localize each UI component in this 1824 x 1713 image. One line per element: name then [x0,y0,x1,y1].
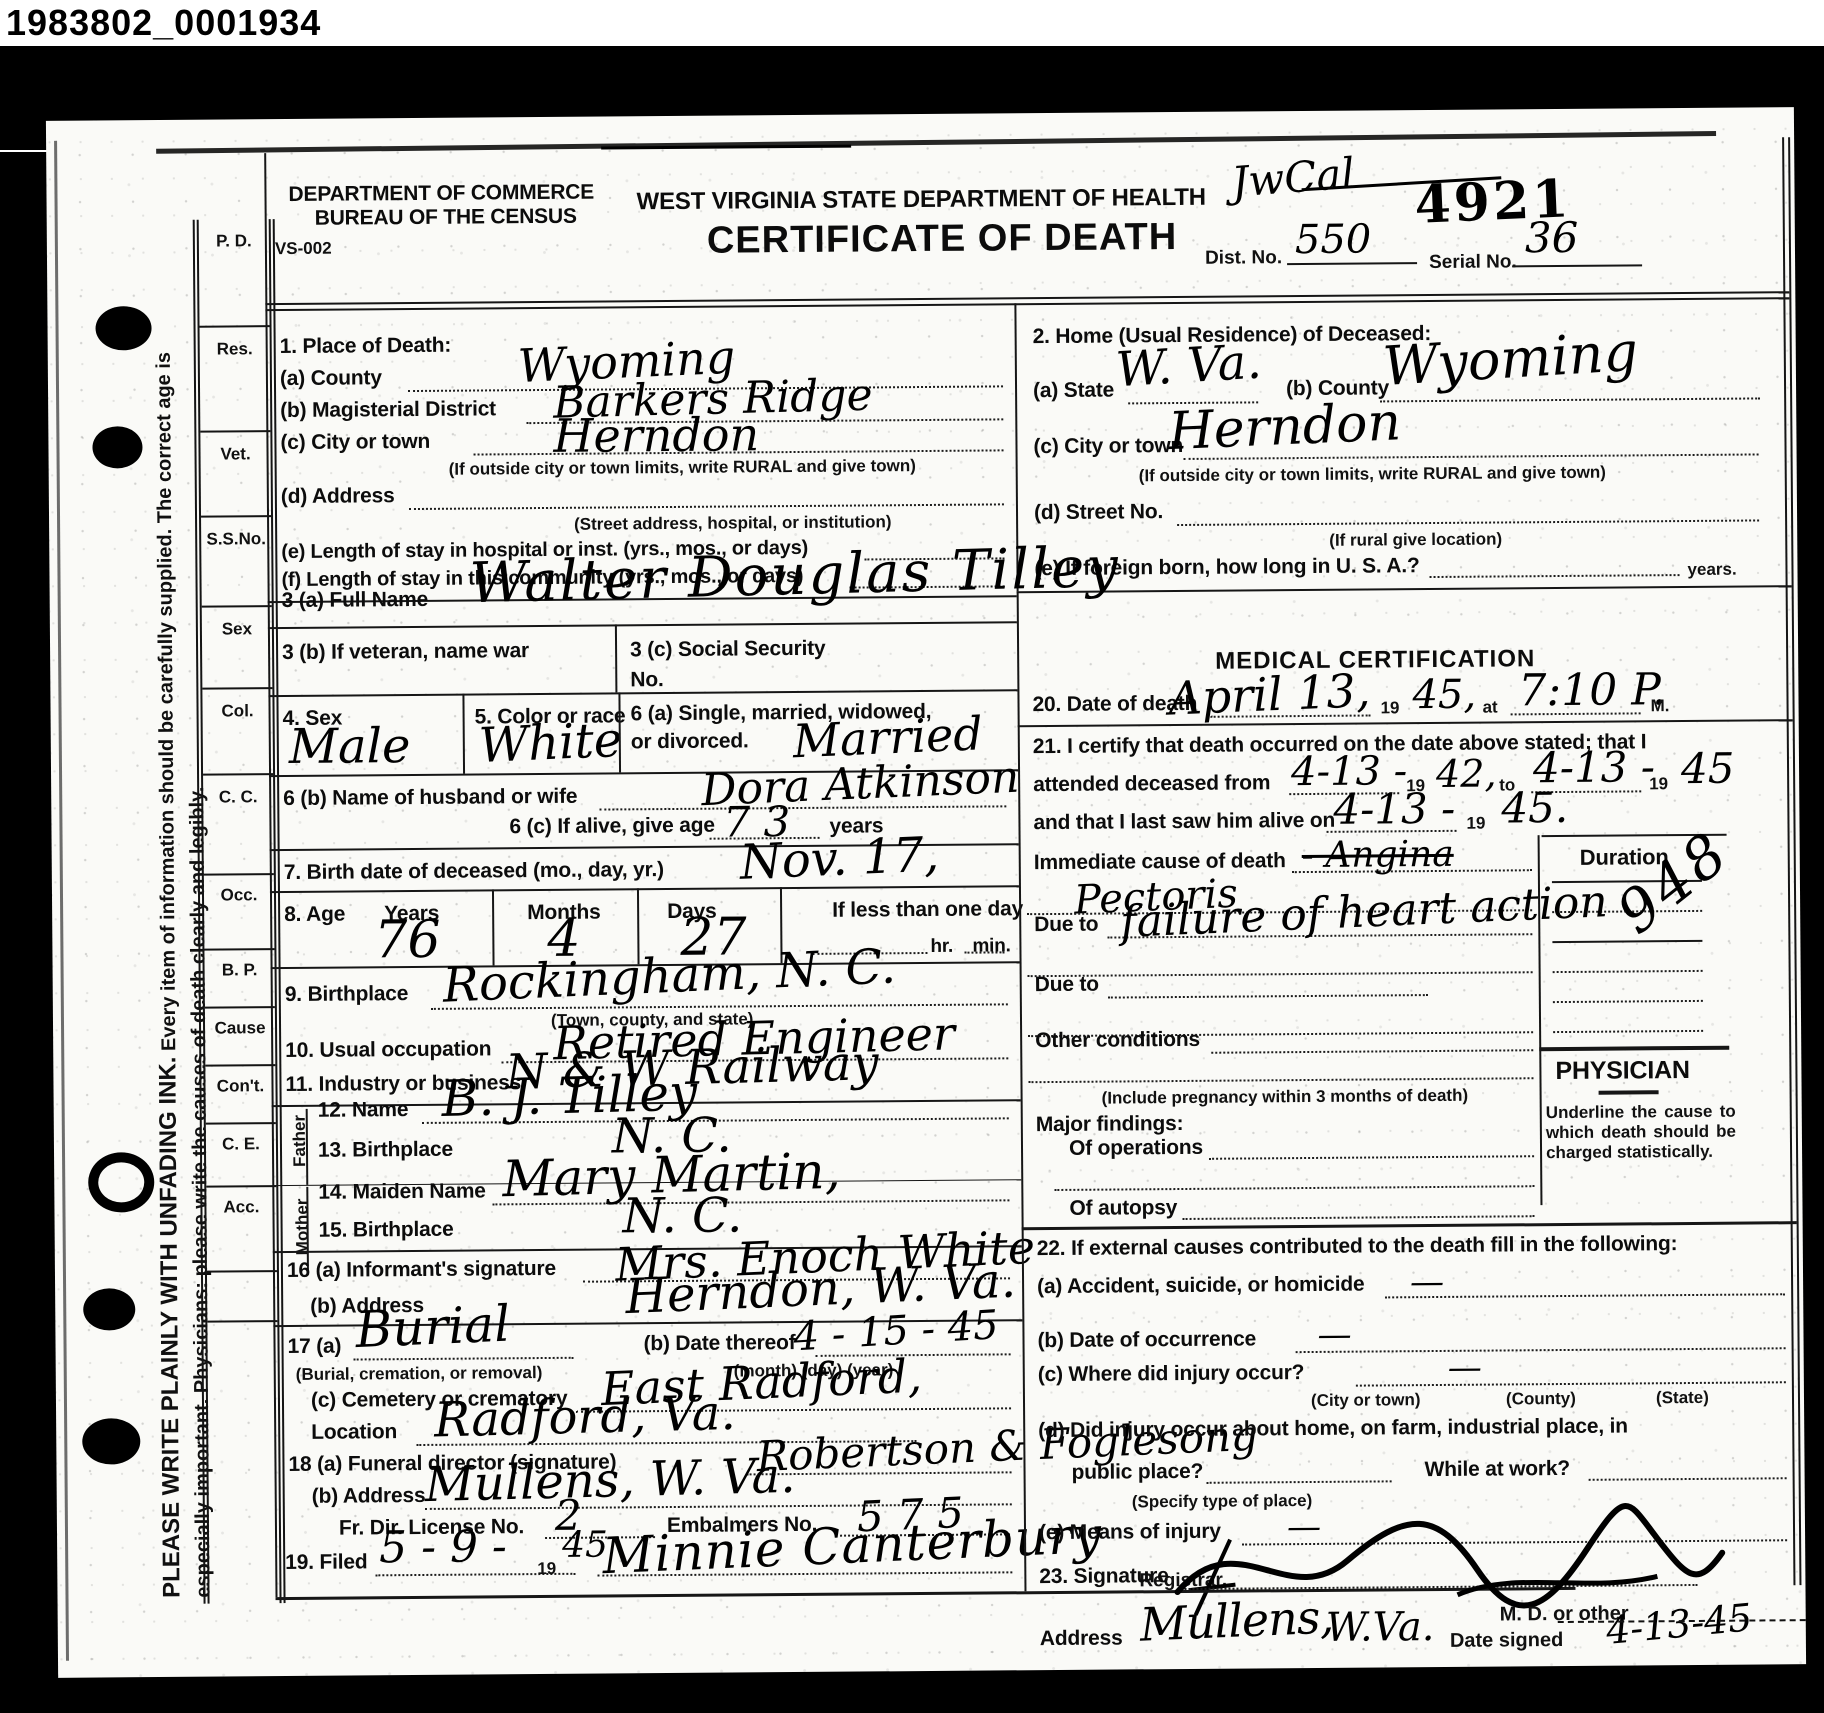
s1a-label: (a) County [280,366,382,391]
margin-line1: Every item of information should be care… [153,352,181,1057]
s20-at-label: at [1482,698,1497,718]
s3-divider [615,624,618,692]
s2c-value: Herndon [1167,392,1402,462]
sidebar-cell: B. P. [204,950,274,1009]
s6a-label2: or divorced. [631,729,749,754]
s1b-label: (b) Magisterial District [280,397,496,423]
s10-label: 10. Usual occupation [285,1037,491,1063]
district-number-label: Dist. No. [1205,247,1282,270]
hole-punch [83,1288,135,1330]
dotted-line [1553,1000,1703,1003]
s21-alive-value: 4-13 - [1333,784,1455,834]
s22-title: 22. If external causes contributed to th… [1037,1232,1678,1261]
s7-value: Nov. 17, [739,826,940,890]
s8-years-value: 76 [374,910,441,971]
s22c-note-city: (City or town) [1311,1390,1421,1411]
dotted-line [1054,1185,1534,1191]
sidebar-cell: Col. [202,689,273,776]
torn-top-edge2 [601,145,851,150]
dotted-line [1183,1215,1535,1220]
s23-address-state: W.Va. [1326,1604,1435,1651]
s23-address-label: Address [1040,1626,1123,1651]
s19-year-pre: 19 [537,1559,556,1579]
s21-line3: and that I last saw him alive on [1033,809,1335,835]
cause-value: - Angina [1302,834,1454,876]
s21-year3: 45. [1501,783,1568,833]
date-signed-label: Date signed [1450,1629,1564,1653]
dotted-line [1380,397,1760,402]
due2-label: Due to [1035,973,1099,998]
s1d-label: (d) Address [281,484,395,509]
clerk-initials-handwriting: JwCal [1230,148,1357,206]
scan-id: 1983802_0001934 [6,2,321,44]
dotted-line [354,1357,574,1361]
s20-value: April 13, [1167,663,1371,726]
serial-number-line [1512,264,1642,267]
margin-bold-text: PLEASE WRITE PLAINLY WITH UNFADING INK. [154,1056,185,1598]
s18b-value: Mullens, W. Va. [424,1448,796,1513]
s15-label: 15. Birthplace [319,1218,454,1243]
sidebar-cell: Cause [205,1008,275,1067]
s4-value: Male [289,718,411,775]
duration-value: 948 [1604,817,1742,947]
s16a-label: 16 (a) Informant's signature [287,1257,556,1283]
s7-rule [270,885,1019,893]
sidebar-cell: S.S.No. [201,517,272,608]
s22b-value: — [1317,1315,1351,1355]
sidebar-cell: C. E. [206,1124,276,1188]
s1c-label: (c) City or town [280,430,430,455]
s23-label: 23. Signature [1039,1564,1168,1589]
s3a-rule [268,621,1017,629]
s22b-label: (b) Date of occurrence [1037,1327,1256,1353]
sidebar-cell: Res. [200,327,271,433]
s8-hr-label: hr. [930,936,953,958]
hole-punch [92,426,142,468]
s21-year2: 45 [1681,744,1735,793]
sidebar-cell: Occ. [204,875,275,951]
dotted-line [1177,519,1759,526]
s1c-note: (If outside city or town limits, write R… [449,456,916,480]
s2-bottom-rule [1017,585,1792,593]
s5-value: White [478,712,624,774]
certificate-title: CERTIFICATE OF DEATH [707,216,1178,263]
dotted-line [1589,1477,1787,1481]
due1-label: Due to [1034,913,1098,938]
s17b-label: (b) Date thereof [643,1331,795,1356]
s22c-note-state: (State) [1656,1388,1709,1408]
physician-underline [1599,1090,1659,1094]
s21-bottom-rule [1022,1221,1797,1230]
s20-year-pre: 19 [1380,698,1399,718]
dotted-line [409,503,1004,510]
hole-punch [95,306,151,350]
s2a-value: W. Va. [1114,334,1263,399]
district-number-value: 550 [1295,216,1372,263]
s22c-note-county: (County) [1506,1389,1576,1410]
s19-value: 5 - 9 - [379,1521,507,1573]
s7-label: 7. Birth date of deceased (mo., day, yr.… [284,858,664,885]
mother-label: Mother [292,1183,313,1271]
s1c-value: Herndon [553,407,759,463]
form-number: VS-002 [275,239,332,259]
s3c-label2: No. [630,668,663,692]
s2c-label: (c) City or town [1033,434,1183,459]
s3b-label: 3 (b) If veteran, name war [282,639,529,665]
s22a-label: (a) Accident, suicide, or homicide [1037,1273,1365,1300]
paper-edge-line [54,141,69,1661]
s12-label: 12. Name [318,1098,409,1123]
s3a-label: 3 (a) Full Name [282,588,429,613]
findings-label: Major findings: [1036,1112,1184,1137]
sidebar-cell: Con't. [205,1066,275,1125]
dept-line2: BUREAU OF THE CENSUS [315,205,577,231]
s8-min-label: min. [972,935,1010,957]
s18b-label: (b) Address [312,1484,426,1509]
district-number-line [1287,262,1417,265]
s2c-note: (If outside city or town limits, write R… [1139,463,1606,487]
s21-pre2: 19 [1649,774,1668,794]
sidebar-cell: Vet. [200,432,271,518]
serial-number-label: Serial No. [1429,251,1517,274]
hole-punch [82,1418,140,1464]
s20-year-value: 45, [1412,672,1476,718]
s17a-value: Burial [354,1295,511,1360]
s21-from-label: attended deceased from [1033,771,1270,797]
s1d-note: (Street address, hospital, or institutio… [574,512,892,534]
s2e-suffix: years. [1687,560,1736,580]
s23-address-value: Mullens, [1139,1589,1334,1651]
s20-m-label: M. [1650,696,1669,716]
s2d-note: (If rural give location) [1329,529,1502,550]
dotted-line [1553,970,1703,973]
pregnancy-note: (Include pregnancy within 3 months of de… [1102,1086,1469,1109]
s8-less-label: If less than one day [832,897,1023,922]
s22a-value: — [1410,1262,1444,1302]
s9-label: 9. Birthplace [285,982,409,1007]
s21-pre3: 19 [1466,814,1485,834]
s8-divider1 [492,889,495,965]
dotted-line [1553,1030,1703,1033]
dotted-line [1209,1155,1534,1160]
s2d-label: (d) Street No. [1034,500,1163,525]
s20-rule [1018,719,1793,727]
s45-divider [462,694,465,774]
dotted-line [1430,574,1680,578]
sidebar-cell: Acc. [206,1187,277,1273]
s8-label: 8. Age [284,903,345,927]
s14-label: 14. Maiden Name [318,1179,486,1204]
s6b-label: 6 (b) Name of husband or wife [283,785,577,811]
header-rule2 [265,297,1789,311]
s2a-label: (a) State [1033,379,1114,404]
operations-label: Of operations [1069,1136,1203,1161]
dotted-line [1356,1381,1786,1386]
dotted-line [1207,1480,1392,1483]
duration-line [1552,940,1702,943]
autopsy-label: Of autopsy [1069,1196,1177,1221]
other-conditions-label: Other conditions [1035,1028,1200,1053]
s1-title: 1. Place of Death: [280,334,452,359]
s17-loc-value: Radford, Va. [433,1385,736,1449]
sidebar-cell: P. D. [199,219,270,328]
state-title: WEST VIRGINIA STATE DEPARTMENT OF HEALTH [636,184,1206,216]
physician-title: PHYSICIAN [1555,1056,1690,1086]
s13-label: 13. Birthplace [318,1138,453,1163]
s6c-label: 6 (c) If alive, give age [509,814,714,840]
s17a-note: (Burial, cremation, or removal) [296,1363,543,1385]
physician-note: Underline the cause to which death shoul… [1546,1102,1736,1163]
s22d-label1: (d) Did injury occur about home, on farm… [1038,1415,1628,1444]
dotted-line [1028,1077,1533,1083]
serial-number-value: 36 [1525,213,1579,262]
cause-label: Immediate cause of death [1034,849,1286,875]
sidebar-cell-empty [207,1272,277,1323]
torn-top-edge [156,131,1716,154]
physician-top-rule [1539,1046,1729,1051]
s3c-label: 3 (c) Social Security [630,637,826,663]
s20-time-value: 7:10 P. [1518,664,1666,716]
hole-punch [88,1152,154,1213]
form-right-border2 [1788,137,1801,1585]
s17-loc-label: Location [311,1420,397,1445]
s9-value: Rockingham, N. C. [442,938,897,1013]
sidebar-cell: Sex [202,607,273,690]
sidebar-cell: C. C. [203,775,274,876]
s22c-value: — [1448,1348,1482,1388]
dotted-line [1108,994,1428,999]
s19-label: 19. Filed [285,1550,367,1575]
s22d-label2: public place? [1071,1460,1203,1485]
dotted-line [1385,1293,1785,1298]
s17a-number: 17 (a) [287,1335,341,1359]
dotted-line [1296,1347,1786,1353]
dotted-line [1211,1049,1533,1054]
dept-line1: DEPARTMENT OF COMMERCE [288,181,594,207]
dotted-line [1028,971,1533,977]
s22c-label: (c) Where did injury occur? [1038,1361,1305,1387]
death-certificate-page: PLEASE WRITE PLAINLY WITH UNFADING INK. … [46,107,1806,1678]
s22d-label3: While at work? [1424,1457,1570,1482]
